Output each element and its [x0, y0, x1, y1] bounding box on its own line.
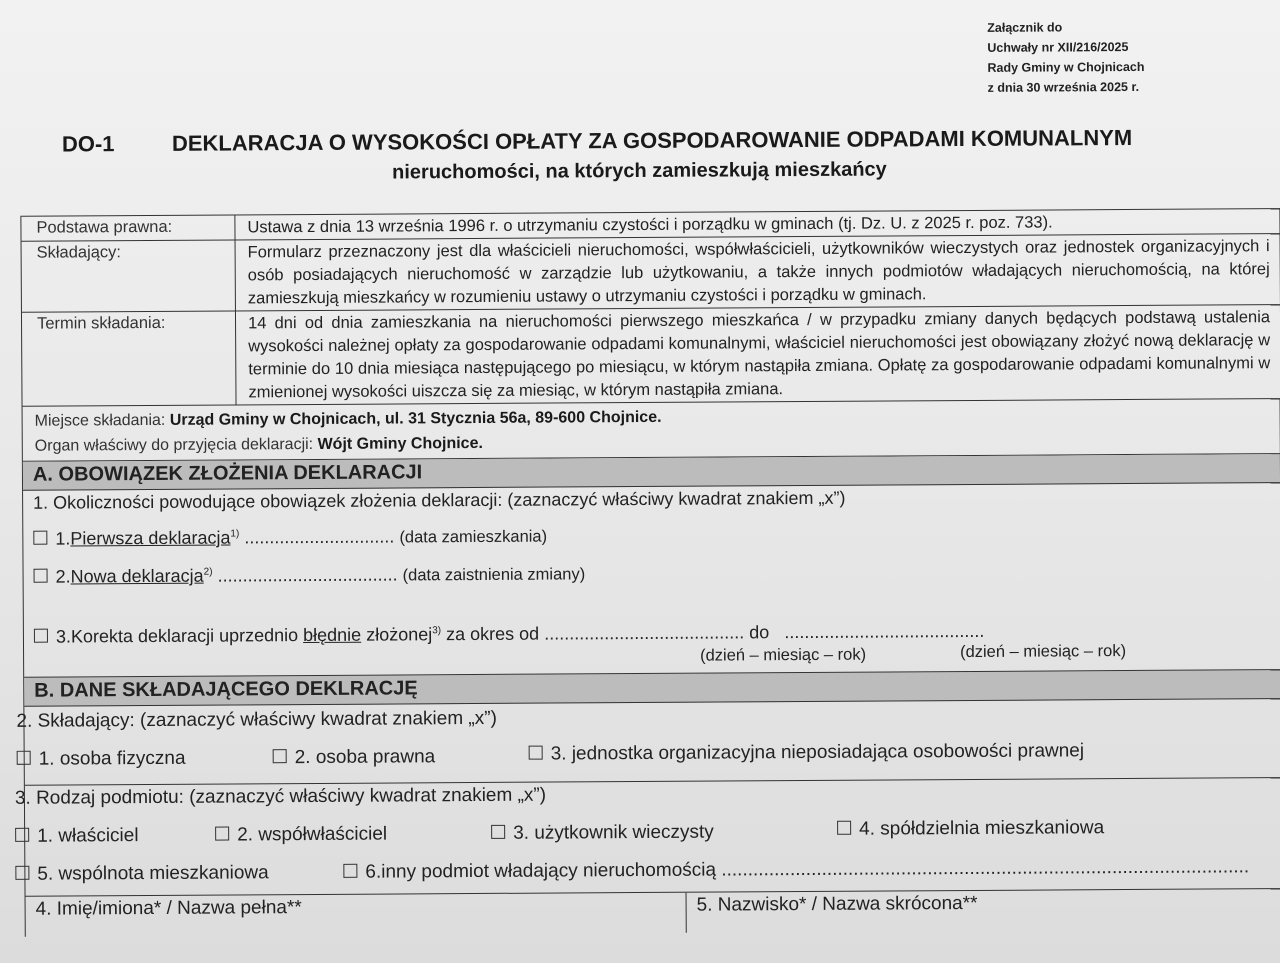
- hint-to-date-format: (dzień – miesiąc – rok): [960, 642, 1126, 662]
- attachment-line: Uchwały nr XII/216/2025: [987, 37, 1144, 58]
- checkbox-other-entity[interactable]: [343, 864, 357, 878]
- q3-option-other-entity[interactable]: 6.inny podmiot władający nieruchomością …: [343, 856, 1249, 884]
- attachment-line: Załącznik do: [987, 17, 1144, 38]
- info-label: Termin składania:: [22, 311, 237, 405]
- q3-option-housing-cooperative[interactable]: 4. spółdzielnia mieszkaniowa: [837, 817, 1104, 841]
- date-of-change-field[interactable]: ....................................: [218, 564, 398, 585]
- checkbox-legal-person[interactable]: [273, 749, 287, 763]
- attachment-line: z dnia 30 września 2025 r.: [988, 77, 1145, 98]
- info-text: Formularz przeznaczony jest dla właścici…: [236, 234, 1280, 310]
- checkbox-natural-person[interactable]: [17, 751, 31, 765]
- q2-option-natural-person[interactable]: 1. osoba fizyczna: [17, 748, 186, 771]
- option-new-declaration: 2.Nowa deklaracja2) ....................…: [34, 563, 586, 587]
- section-b-name-fields: 4. Imię/imiona* / Nazwa pełna** 5. Nazwi…: [26, 889, 1280, 937]
- info-row-deadline: Termin składania: 14 dni od dnia zamiesz…: [22, 305, 1280, 407]
- section-b-entity-type: 3. Rodzaj podmiotu: (zaznaczyć właściwy …: [25, 778, 1280, 897]
- checkbox-organizational-unit[interactable]: [529, 746, 543, 760]
- form-title-text: DEKLARACJA O WYSOKOŚCI OPŁATY ZA GOSPODA…: [172, 125, 1132, 156]
- checkbox-perpetual-user[interactable]: [491, 825, 505, 839]
- declaration-form-page: Załącznik do Uchwały nr XII/216/2025 Rad…: [0, 0, 1280, 963]
- q3-label: 3. Rodzaj podmiotu: (zaznaczyć właściwy …: [15, 785, 546, 810]
- section-b-submitter: 2. Składający: (zaznaczyć właściwy kwadr…: [24, 699, 1280, 786]
- q3-option-co-owner[interactable]: 2. współwłaściciel: [215, 824, 387, 847]
- correction-from-field[interactable]: ........................................: [544, 622, 744, 643]
- q2-label: 2. Składający: (zaznaczyć właściwy kwadr…: [16, 708, 497, 733]
- last-name-field-label: 5. Nazwisko* / Nazwa skrócona**: [687, 891, 978, 933]
- info-row-submitter: Składający: Formularz przeznaczony jest …: [22, 234, 1280, 313]
- checkbox-housing-cooperative[interactable]: [837, 821, 851, 835]
- date-of-residence-field[interactable]: ..............................: [244, 527, 394, 548]
- organ-value: Wójt Gminy Chojnice.: [318, 435, 483, 453]
- new-declaration-label: Nowa deklaracja: [71, 566, 204, 587]
- place-value: Urząd Gminy w Chojnicach, ul. 31 Styczni…: [170, 409, 662, 429]
- other-entity-field[interactable]: ........................................…: [721, 856, 1249, 880]
- form-body: Podstawa prawna: Ustawa z dnia 13 wrześn…: [20, 208, 1280, 937]
- organ-label: Organ właściwy do przyjęcia deklaracji:: [35, 436, 313, 455]
- info-table: Podstawa prawna: Ustawa z dnia 13 wrześn…: [21, 208, 1280, 407]
- q3-option-housing-community[interactable]: 5. wspólnota mieszkaniowa: [15, 862, 268, 886]
- info-text: 14 dni od dnia zamieszkania na nieruchom…: [236, 305, 1280, 404]
- first-name-field-label: 4. Imię/imiona* / Nazwa pełna**: [26, 893, 687, 937]
- checkbox-co-owner[interactable]: [215, 827, 229, 841]
- form-code: DO-1: [62, 131, 172, 158]
- correction-to-field[interactable]: ........................................: [784, 621, 984, 642]
- q3-option-owner[interactable]: 1. właściciel: [15, 825, 139, 848]
- submission-place-block: Miejsce składania: Urząd Gminy w Chojnic…: [23, 399, 1280, 462]
- checkbox-housing-community[interactable]: [15, 866, 29, 880]
- section-a-question: 1. Okoliczności powodujące obowiązek zło…: [33, 488, 845, 514]
- form-subtitle: nieruchomości, na których zamieszkują mi…: [392, 158, 887, 184]
- checkbox-owner[interactable]: [15, 828, 29, 842]
- q2-option-organizational-unit[interactable]: 3. jednostka organizacyjna nieposiadając…: [529, 740, 1085, 765]
- section-a: 1. Okoliczności powodujące obowiązek zło…: [23, 483, 1280, 678]
- attachment-note: Załącznik do Uchwały nr XII/216/2025 Rad…: [987, 17, 1144, 98]
- option-correction: 3.Korekta deklaracji uprzednio błędnie z…: [34, 621, 985, 648]
- info-label: Podstawa prawna:: [21, 215, 235, 240]
- checkbox-correction[interactable]: [34, 629, 48, 643]
- place-label: Miejsce składania:: [35, 412, 166, 430]
- checkbox-first-declaration[interactable]: [33, 531, 47, 545]
- form-title: DO-1DEKLARACJA O WYSOKOŚCI OPŁATY ZA GOS…: [62, 124, 1280, 158]
- first-declaration-label: Pierwsza deklaracja: [70, 528, 230, 549]
- attachment-line: Rady Gminy w Chojnicach: [987, 57, 1144, 78]
- hint-date-of-residence: (data zamieszkania): [399, 528, 547, 547]
- option-first-declaration: 1.Pierwsza deklaracja1) ................…: [33, 526, 547, 550]
- q3-option-perpetual-user[interactable]: 3. użytkownik wieczysty: [491, 822, 714, 845]
- q2-option-legal-person[interactable]: 2. osoba prawna: [273, 746, 436, 769]
- info-label: Składający:: [22, 240, 236, 311]
- hint-date-of-change: (data zaistnienia zmiany): [403, 565, 586, 584]
- hint-from-date-format: (dzień – miesiąc – rok): [700, 646, 866, 666]
- checkbox-new-declaration[interactable]: [34, 569, 48, 583]
